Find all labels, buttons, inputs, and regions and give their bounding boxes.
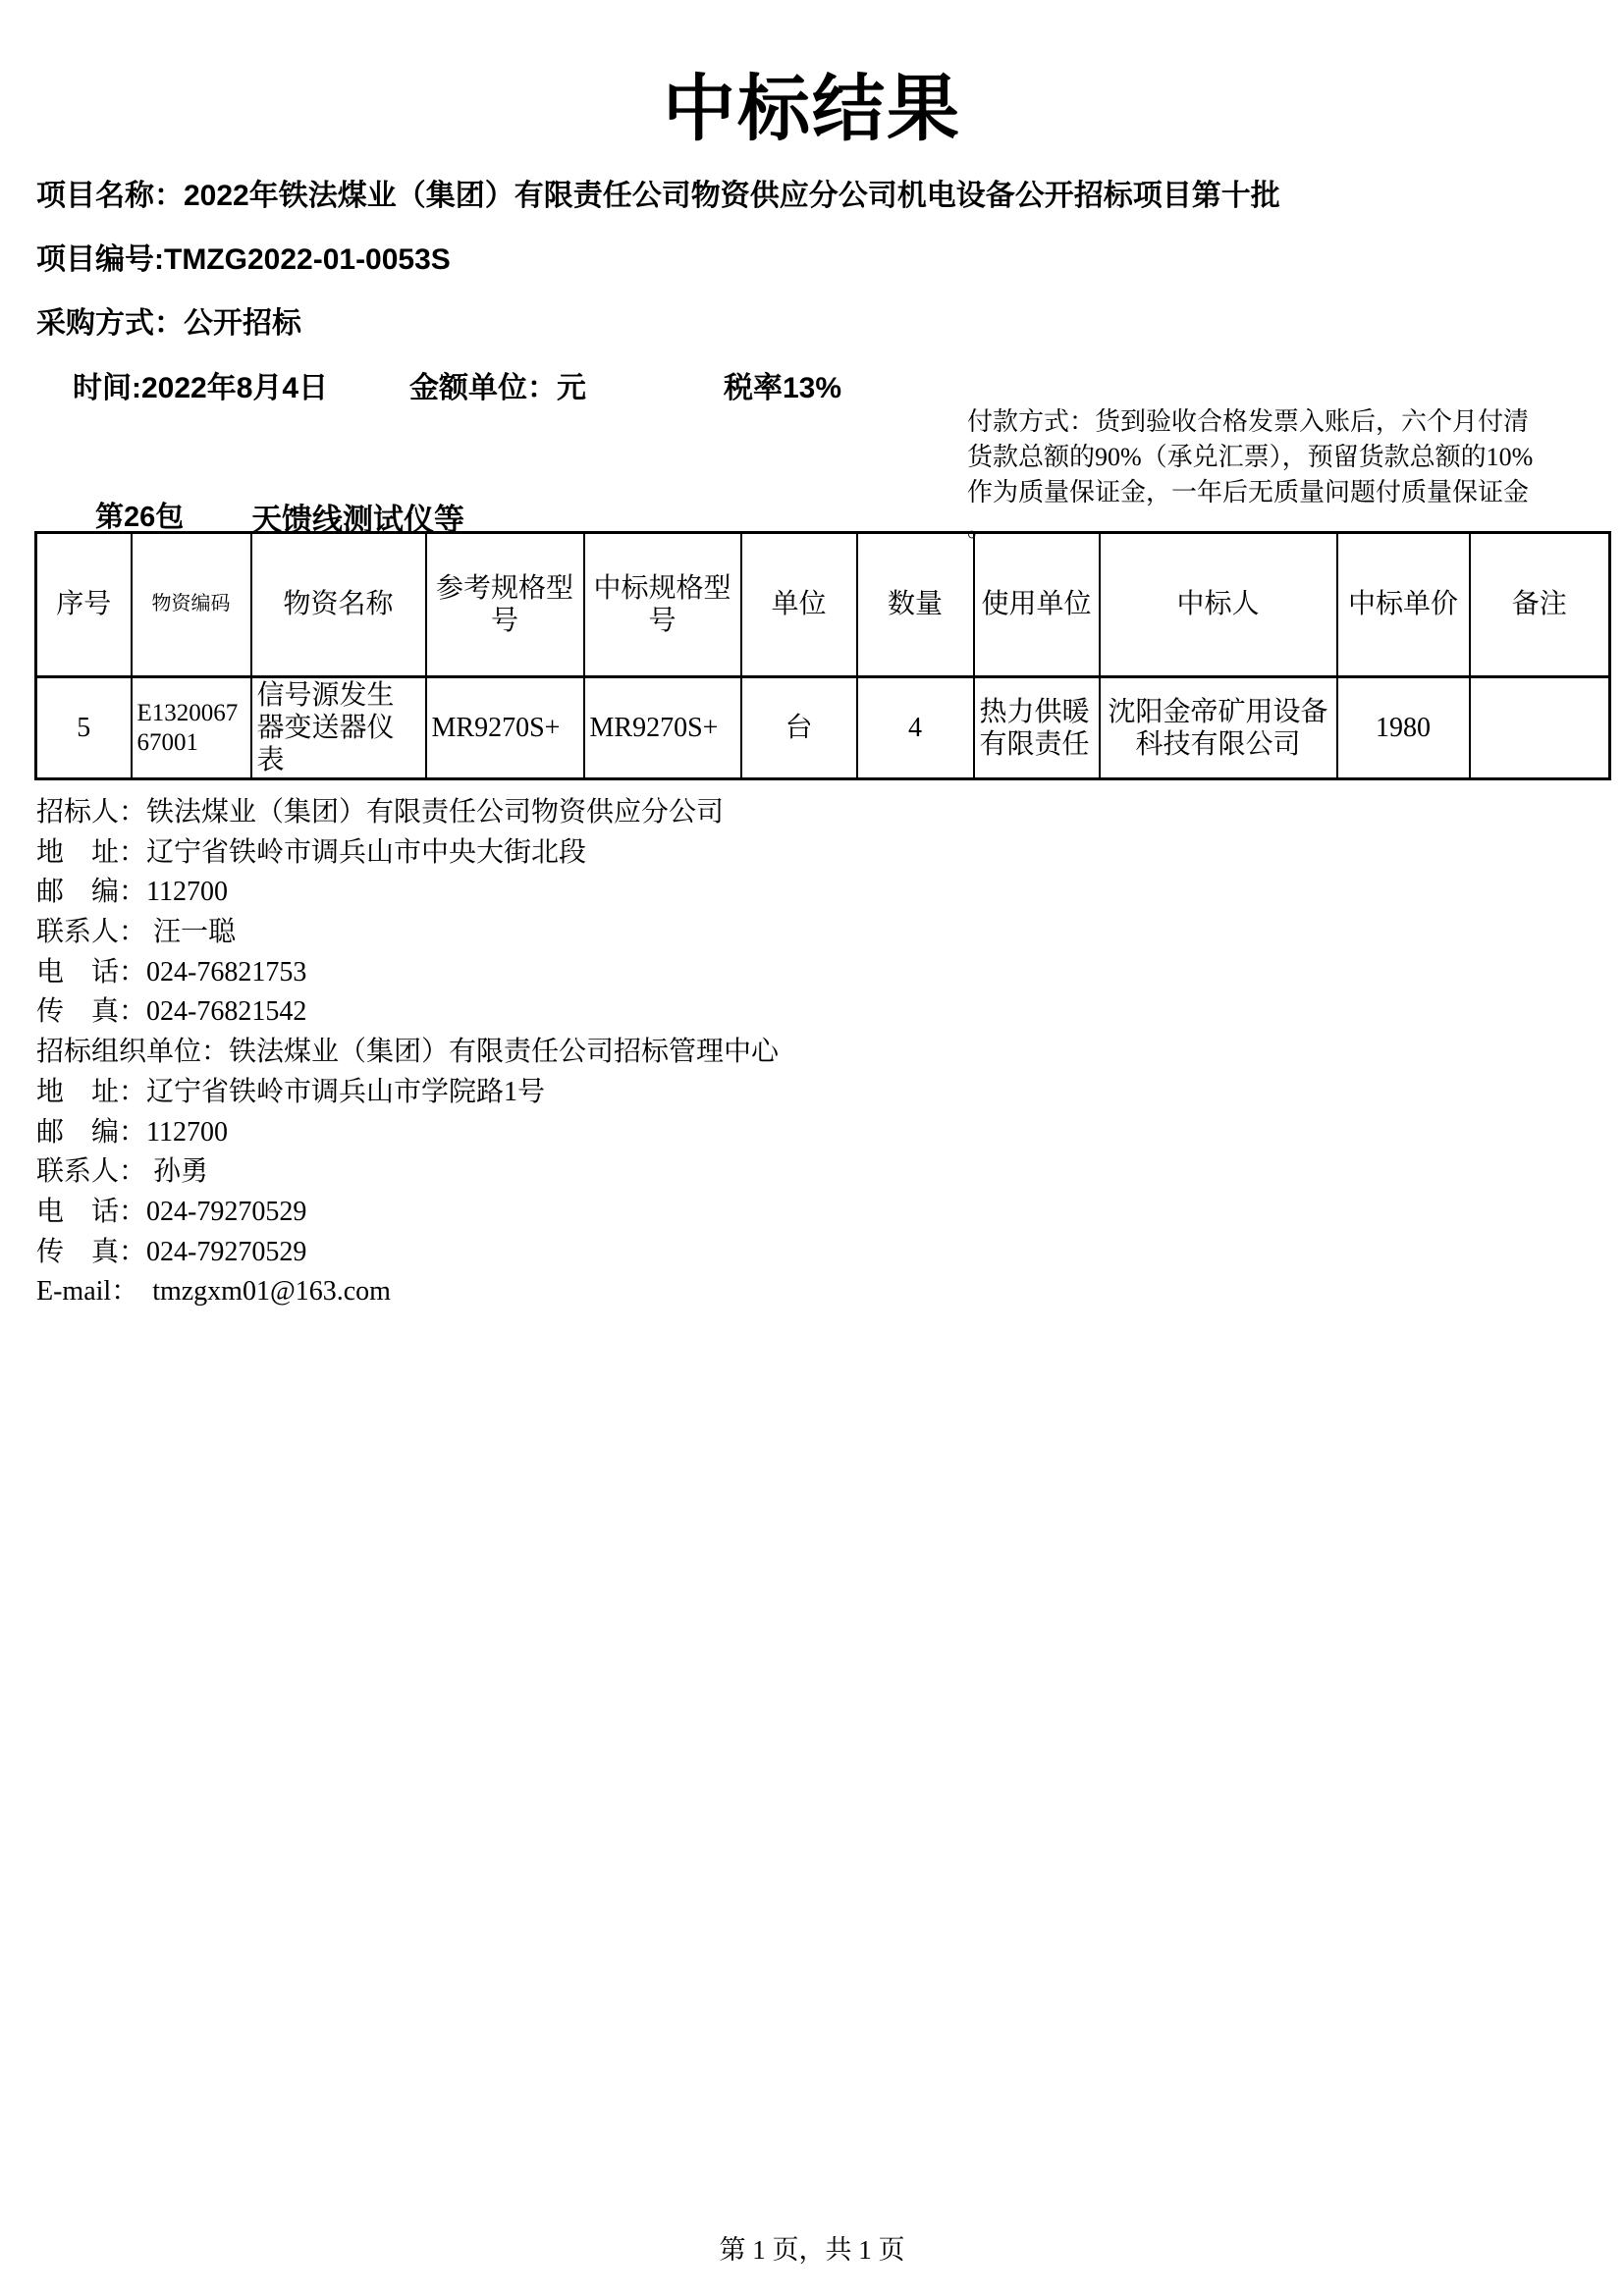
col-header-user-unit: 使用单位 [974, 533, 1100, 677]
cell-winner: 沈阳金帝矿用设备科技有限公司 [1100, 677, 1337, 779]
package-label: 第26包 [95, 495, 184, 535]
contact-line-fax: 传 真：024-76821542 [36, 992, 779, 1033]
meta-amount-unit: 金额单位：元 [409, 371, 586, 406]
cell-material-name: 信号源发生器变送器仪表 [251, 677, 426, 779]
contact-line-organizer: 招标组织单位：铁法煤业（集团）有限责任公司招标管理中心 [36, 1033, 779, 1073]
cell-seq: 5 [36, 677, 132, 779]
contact-line-address: 地 址：辽宁省铁岭市调兵山市中央大街北段 [36, 833, 779, 874]
cell-user-unit: 热力供暖有限责任 [974, 677, 1100, 779]
col-header-quantity: 数量 [857, 533, 974, 677]
table-header-row: 序号 物资编码 物资名称 参考规格型号 中标规格型号 单位 数量 使用单位 中标… [36, 533, 1610, 677]
cell-remark [1470, 677, 1610, 779]
page-title: 中标结果 [0, 71, 1624, 147]
cell-unit-price: 1980 [1337, 677, 1470, 779]
col-header-winner: 中标人 [1100, 533, 1337, 677]
col-header-unit: 单位 [741, 533, 857, 677]
table-row: 5 E132006767001 信号源发生器变送器仪表 MR9270S+ MR9… [36, 677, 1610, 779]
page-footer: 第 1 页，共 1 页 [0, 2228, 1624, 2267]
contact-line-contact-person: 联系人： 汪一聪 [36, 913, 779, 953]
contact-line-address: 地 址：辽宁省铁岭市调兵山市学院路1号 [36, 1073, 779, 1113]
meta-purchase-method: 采购方式：公开招标 [36, 306, 301, 342]
col-header-winning-spec: 中标规格型号 [584, 533, 741, 677]
col-header-remark: 备注 [1470, 533, 1610, 677]
contact-line-contact-person: 联系人： 孙勇 [36, 1152, 779, 1193]
cell-quantity: 4 [857, 677, 974, 779]
contact-block: 招标人：铁法煤业（集团）有限责任公司物资供应分公司 地 址：辽宁省铁岭市调兵山市… [36, 793, 779, 1312]
contact-line-postcode: 邮 编：112700 [36, 1113, 779, 1153]
contact-line-tenderer: 招标人：铁法煤业（集团）有限责任公司物资供应分公司 [36, 793, 779, 833]
cell-unit: 台 [741, 677, 857, 779]
package-row: 第26包 天馈线测试仪等 [0, 495, 1624, 530]
contact-line-fax: 传 真：024-79270529 [36, 1233, 779, 1273]
payment-line: 付款方式：货到验收合格发票入账后，六个月付清 [967, 404, 1596, 440]
col-header-unit-price: 中标单价 [1337, 533, 1470, 677]
col-header-material-code: 物资编码 [132, 533, 251, 677]
meta-time-row: 时间:2022年8月4日 金额单位：元 税率13% [36, 371, 1624, 406]
cell-winning-spec: MR9270S+ [584, 677, 741, 779]
results-table: 序号 物资编码 物资名称 参考规格型号 中标规格型号 单位 数量 使用单位 中标… [34, 531, 1611, 780]
meta-project-code: 项目编号:TMZG2022-01-0053S [36, 242, 451, 278]
document-page: 中标结果 项目名称：2022年铁法煤业（集团）有限责任公司物资供应分公司机电设备… [0, 0, 1624, 2296]
contact-line-phone: 电 话：024-76821753 [36, 953, 779, 993]
payment-line: 货款总额的90%（承兑汇票），预留货款总额的10% [967, 440, 1596, 475]
meta-time: 时间:2022年8月4日 [73, 371, 328, 406]
col-header-material-name: 物资名称 [251, 533, 426, 677]
col-header-ref-spec: 参考规格型号 [426, 533, 584, 677]
contact-line-email: E-mail： tmzgxm01@163.com [36, 1272, 779, 1312]
contact-line-phone: 电 话：024-79270529 [36, 1193, 779, 1233]
col-header-seq: 序号 [36, 533, 132, 677]
cell-material-code: E132006767001 [132, 677, 251, 779]
cell-ref-spec: MR9270S+ [426, 677, 584, 779]
meta-project-name: 项目名称：2022年铁法煤业（集团）有限责任公司物资供应分公司机电设备公开招标项… [36, 179, 1280, 214]
contact-line-postcode: 邮 编：112700 [36, 873, 779, 913]
meta-tax-rate: 税率13% [724, 371, 841, 406]
